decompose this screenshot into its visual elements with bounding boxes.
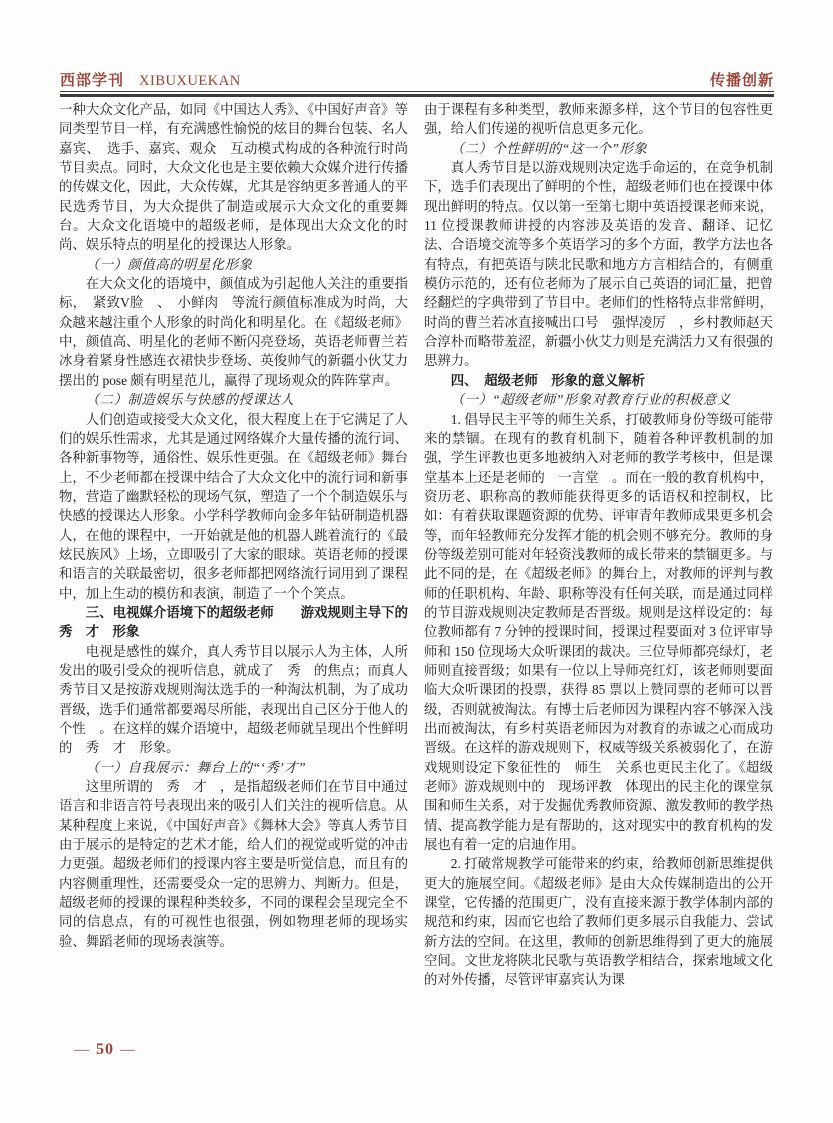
footer-dash-left: — — [74, 1042, 90, 1058]
subsection-heading: （一）颜值高的明星化形象 — [59, 255, 408, 274]
section-heading: 四、 超级老师 形象的意义解析 — [424, 371, 773, 390]
paragraph-continuation: 由于课程有多种类型，教师来源多样，这个节目的包容性更强，给人们传递的视听信息更多… — [424, 100, 773, 139]
page-header: 西部学刊 XIBUXUEKAN 传播创新 — [60, 69, 774, 90]
paragraph: 2. 打破常规教学可能带来的约束，给教师创新思维提供更大的施展空间。《超级老师》… — [424, 854, 773, 989]
subsection-heading: （一）“超级老师”形象对教育行业的积极意义 — [424, 390, 773, 409]
journal-title-en: XIBUXUEKAN — [139, 73, 241, 90]
journal-page: 西部学刊 XIBUXUEKAN 传播创新 一种大众文化产品，如同《中国达人秀》、… — [0, 0, 833, 1123]
paragraph: 在大众文化的语境中，颜值成为引起他人关注的重要指标， 紧致V脸 、 小鲜肉 等流… — [59, 274, 408, 390]
paragraph: 人们创造或接受大众文化，很大程度上在于它满足了人们的娱乐性需求，尤其是通过网络媒… — [59, 410, 408, 603]
subsection-heading: （一）自我展示：舞台上的“‘秀’才” — [59, 758, 408, 777]
paragraph: 电视是感性的媒介，真人秀节目以展示人为主体，人所发出的吸引受众的视听信息，就成了… — [59, 642, 408, 758]
journal-title-cn: 西部学刊 — [60, 69, 124, 90]
paragraph-continuation: 一种大众文化产品，如同《中国达人秀》、《中国好声音》等同类型节目一样，有充满感性… — [59, 100, 408, 255]
footer-dash-right: — — [120, 1042, 136, 1058]
page-footer: —50— — [74, 1041, 136, 1059]
journal-title: 西部学刊 XIBUXUEKAN — [60, 69, 241, 90]
page-number: 50 — [90, 1041, 120, 1058]
right-column: 由于课程有多种类型，教师来源多样，这个节目的包容性更强，给人们传递的视听信息更多… — [424, 100, 773, 990]
header-rule — [60, 91, 774, 97]
subsection-heading: （二）制造娱乐与快感的授课达人 — [59, 390, 408, 409]
header-rule-thick-line — [60, 94, 774, 97]
left-column: 一种大众文化产品，如同《中国达人秀》、《中国好声音》等同类型节目一样，有充满感性… — [59, 100, 408, 951]
section-label: 传播创新 — [710, 69, 774, 90]
paragraph: 这里所谓的 秀 才 ，是指超级老师们在节目中通过语言和非语言符号表现出来的吸引人… — [59, 777, 408, 951]
paragraph: 真人秀节目是以游戏规则决定选手命运的，在竞争机制下，选手们表现出了鲜明的个性，超… — [424, 158, 773, 371]
section-heading: 三、电视媒介语境下的超级老师 游戏规则主导下的 秀 才 形象 — [59, 603, 408, 642]
subsection-heading: （二）个性鲜明的“这一个”形象 — [424, 139, 773, 158]
header-rule-thin-line — [60, 91, 774, 92]
paragraph: 1. 倡导民主平等的师生关系，打破教师身份等级可能带来的禁锢。在现有的教育机制下… — [424, 410, 773, 855]
